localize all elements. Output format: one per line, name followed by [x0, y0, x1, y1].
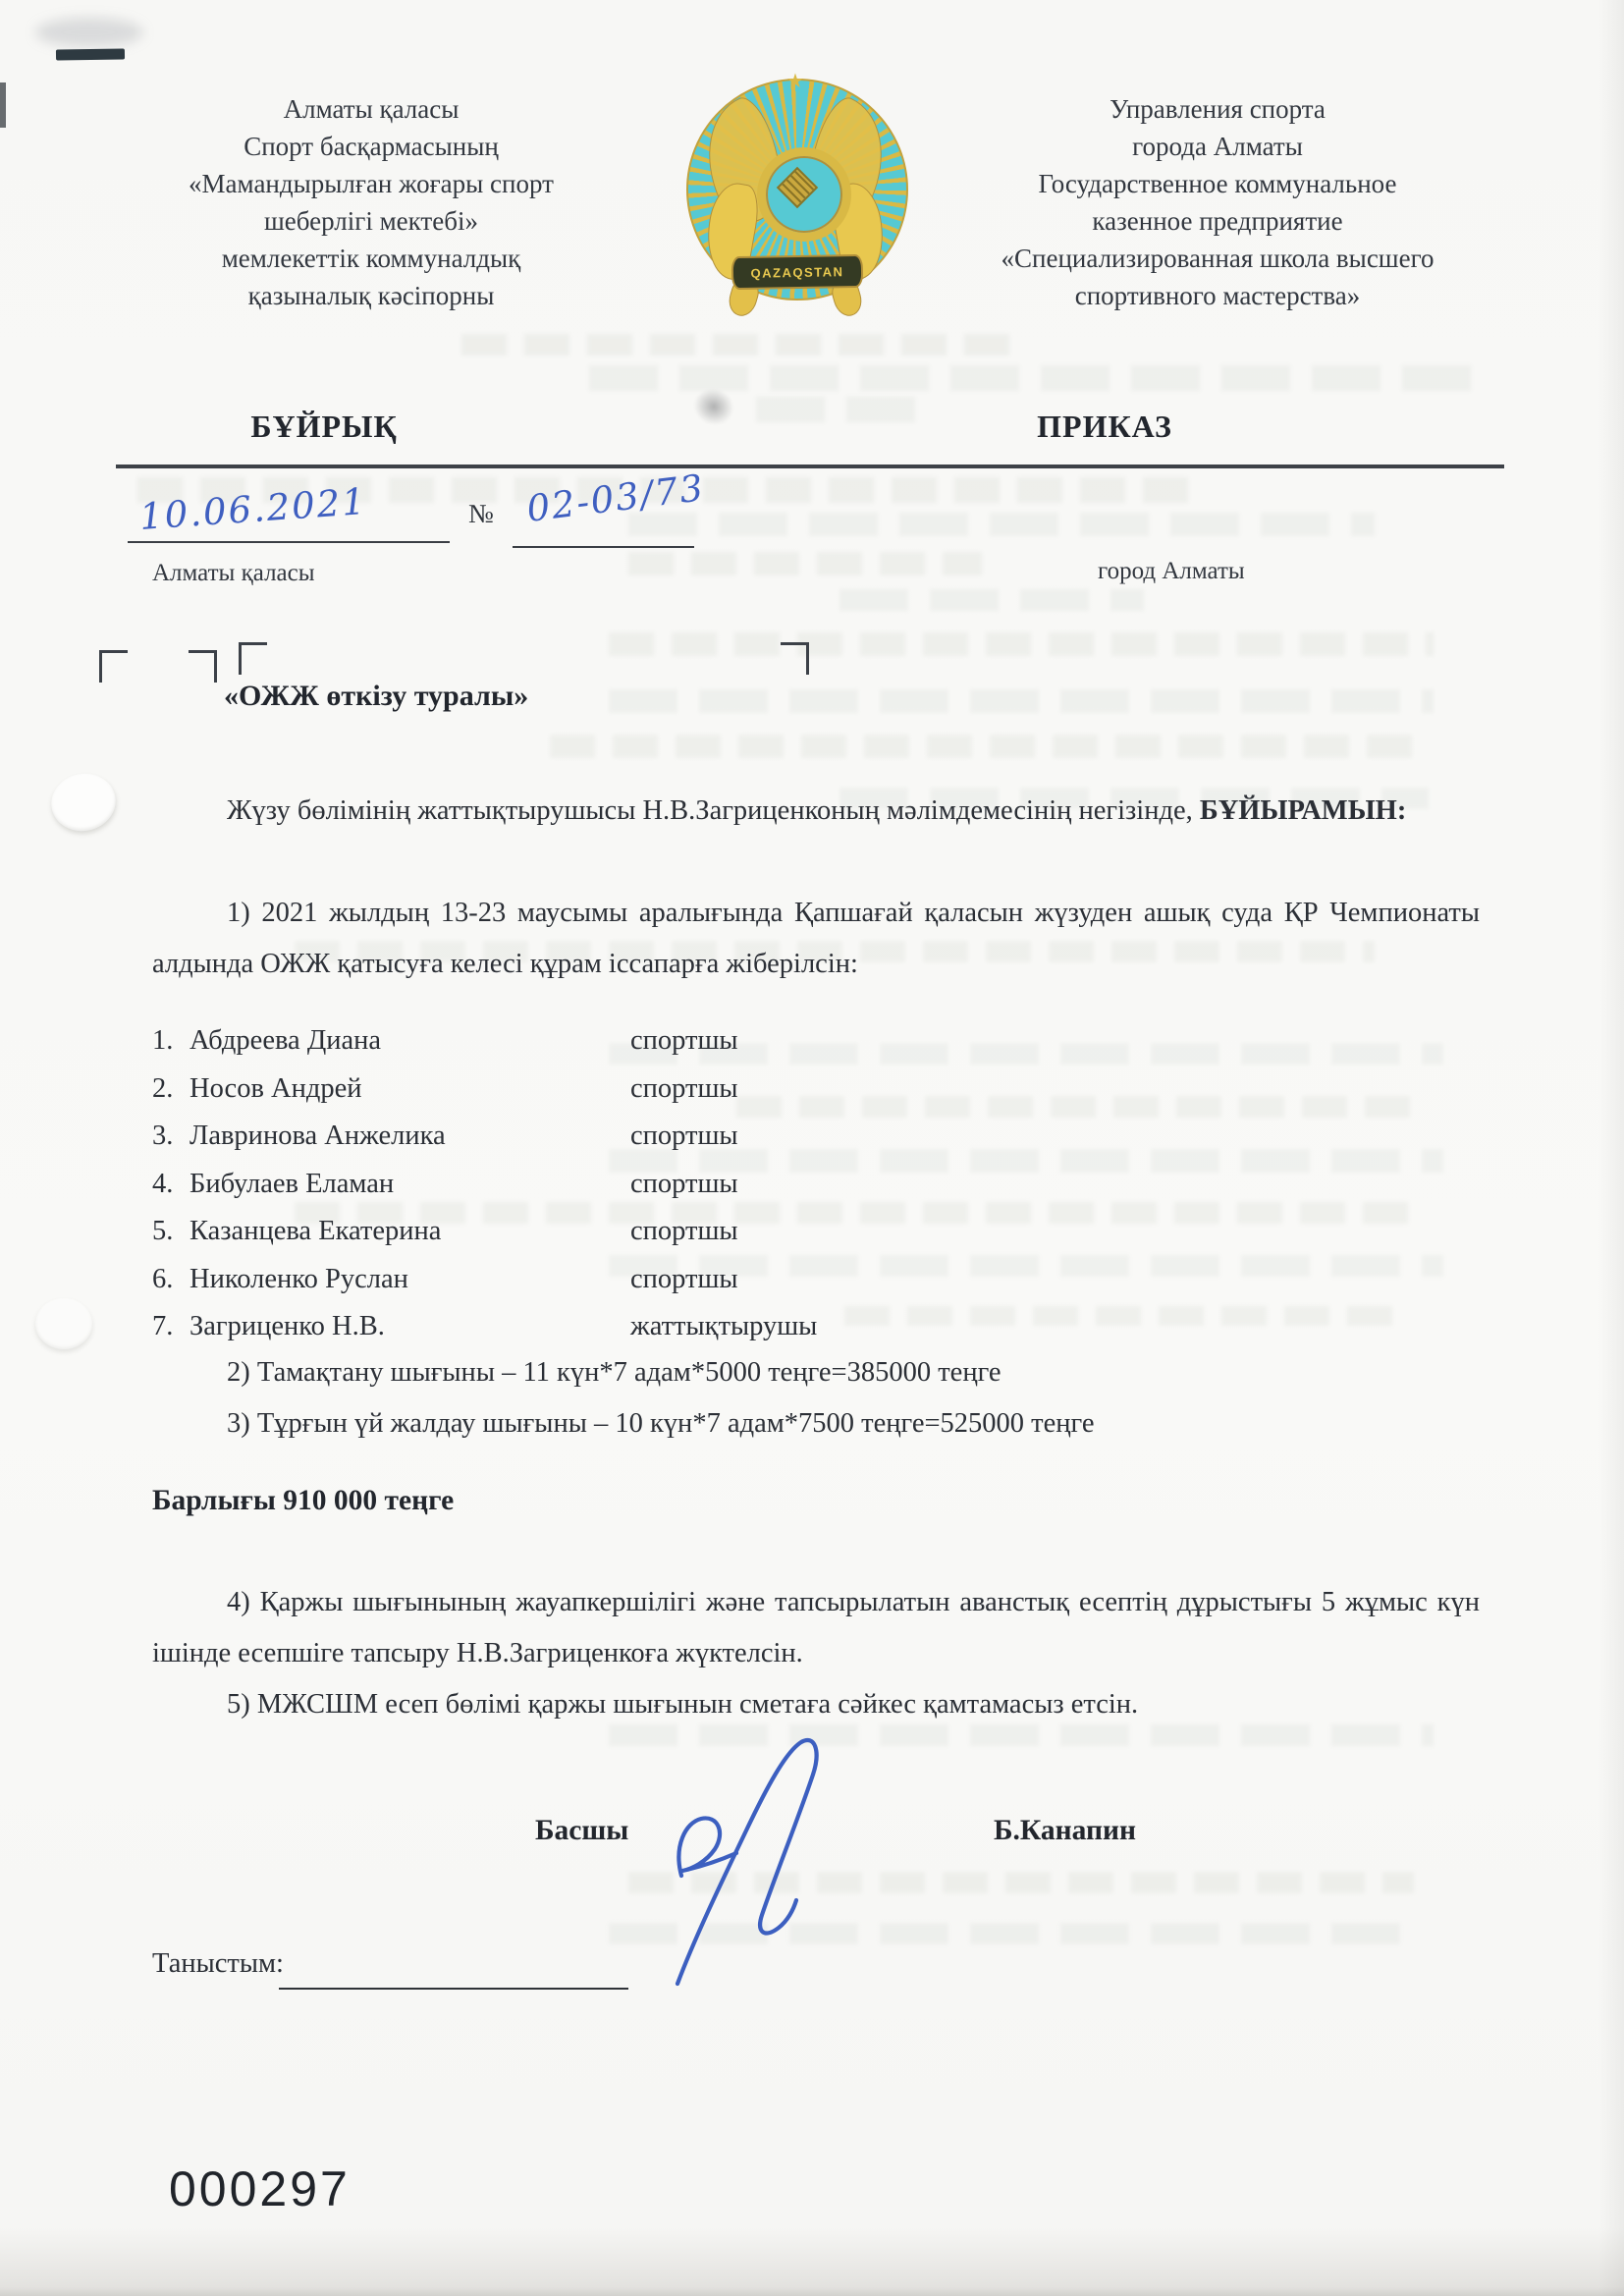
- acknowledged-underline: [279, 1988, 628, 1990]
- order-title-russian: ПРИКАЗ: [913, 409, 1296, 445]
- roster-name: Загриценко Н.В.: [189, 1311, 385, 1342]
- roster-name: Абдреева Диана: [189, 1025, 381, 1057]
- emblem-star-icon: ★: [673, 69, 918, 93]
- handwritten-signature: [617, 1730, 852, 1988]
- roster-row: 5. Казанцева Екатерина спортшы: [152, 1216, 1480, 1264]
- roster-role: спортшы: [630, 1169, 738, 1200]
- roster-role: спортшы: [630, 1025, 738, 1057]
- kazakhstan-emblem: ★ QAZAQSTAN: [673, 73, 918, 318]
- roster-number: 5.: [152, 1216, 173, 1247]
- intro-paragraph: Жүзу бөлімінің жаттықтырушысы Н.В.Загриц…: [152, 786, 1480, 837]
- bleed-through-artifact: [756, 397, 933, 422]
- order-item-1: 1) 2021 жылдың 13-23 маусымы аралығында …: [152, 888, 1480, 990]
- bleed-through-artifact: [461, 334, 1011, 355]
- sheet-number-stamp: 000297: [169, 2160, 351, 2217]
- roster-row: 4. Бибулаев Еламан спортшы: [152, 1169, 1480, 1217]
- letterhead-line: қазыналық кәсіпорны: [118, 277, 624, 314]
- bleed-through-artifact: [609, 689, 1434, 713]
- letterhead-line: мемлекеттік коммуналдық: [118, 240, 624, 277]
- emblem-banner-text: QAZAQSTAN: [750, 264, 843, 281]
- letterhead-line: шеберлігі мектебі»: [118, 202, 624, 240]
- letterhead-russian: Управления спорта города Алматы Государс…: [931, 90, 1504, 314]
- roster-name: Носов Андрей: [189, 1073, 362, 1105]
- letterhead-line: Управления спорта: [931, 90, 1504, 128]
- number-sign: №: [468, 499, 494, 529]
- letterhead-line: города Алматы: [931, 128, 1504, 165]
- roster-list: 1. Абдреева Диана спортшы 2. Носов Андре…: [152, 1025, 1480, 1359]
- letterhead-line: спортивного мастерства»: [931, 277, 1504, 314]
- letterhead-line: Спорт басқармасының: [118, 128, 624, 165]
- city-kazakh: Алматы қаласы: [152, 560, 315, 587]
- hole-punch: [35, 1298, 92, 1349]
- corner-mark: [99, 650, 128, 683]
- bleed-through-artifact: [550, 735, 1414, 758]
- roster-name: Бибулаев Еламан: [189, 1169, 394, 1200]
- order-item-3: 3) Тұрғын үй жалдау шығыны – 10 күн*7 ад…: [152, 1398, 1480, 1449]
- bleed-through-artifact: [628, 513, 1375, 536]
- roster-name: Николенко Руслан: [189, 1264, 408, 1295]
- roster-row: 2. Носов Андрей спортшы: [152, 1073, 1480, 1121]
- signer-name: Б.Канапин: [994, 1815, 1136, 1847]
- order-item-2: 2) Тамақтану шығыны – 11 күн*7 адам*5000…: [152, 1347, 1480, 1398]
- letterhead-line: казенное предприятие: [931, 202, 1504, 240]
- letterhead-line: «Мамандырылған жоғары спорт: [118, 165, 624, 202]
- intro-text: Жүзу бөлімінің жаттықтырушысы Н.В.Загриц…: [227, 795, 1200, 826]
- roster-role: спортшы: [630, 1264, 738, 1295]
- letterhead-line: Государственное коммунальное: [931, 165, 1504, 202]
- binder-mark: [56, 49, 125, 61]
- roster-row: 1. Абдреева Диана спортшы: [152, 1025, 1480, 1073]
- letterhead-line: «Специализированная школа высшего: [931, 240, 1504, 277]
- order-title-kazakh: БҰЙРЫҚ: [118, 409, 530, 445]
- scan-edge-shadow: [1598, 0, 1624, 2296]
- city-russian: город Алматы: [1098, 558, 1245, 585]
- binder-smudge: [35, 18, 143, 47]
- roster-number: 2.: [152, 1073, 173, 1105]
- order-item-5: 5) МЖСШМ есеп бөлімі қаржы шығынын смета…: [152, 1679, 1480, 1730]
- roster-number: 3.: [152, 1121, 173, 1152]
- corner-mark: [781, 642, 809, 675]
- number-underline: [513, 546, 694, 548]
- scanned-order-document: Алматы қаласы Спорт басқармасының «Маман…: [0, 0, 1624, 2296]
- date-underline: [128, 541, 450, 543]
- roster-number: 6.: [152, 1264, 173, 1295]
- letterhead-line: Алматы қаласы: [118, 90, 624, 128]
- corner-mark: [189, 650, 217, 683]
- order-item-4: 4) Қаржы шығынының жауапкершілігі және т…: [152, 1577, 1480, 1679]
- roster-role: жаттықтырушы: [630, 1311, 817, 1342]
- roster-name: Лавринова Анжелика: [189, 1121, 446, 1152]
- roster-number: 1.: [152, 1025, 173, 1057]
- corner-mark: [239, 642, 267, 675]
- signer-title: Басшы: [535, 1815, 628, 1847]
- roster-number: 7.: [152, 1311, 173, 1342]
- emblem-banner: QAZAQSTAN: [731, 254, 864, 290]
- roster-role: спортшы: [630, 1216, 738, 1247]
- roster-role: спортшы: [630, 1073, 738, 1105]
- letterhead-kazakh: Алматы қаласы Спорт басқармасының «Маман…: [118, 90, 624, 314]
- bleed-through-artifact: [609, 632, 1434, 656]
- roster-role: спортшы: [630, 1121, 738, 1152]
- intro-bold: БҰЙЫРАМЫН:: [1200, 795, 1406, 826]
- acknowledged-label: Таныстым:: [152, 1948, 284, 1980]
- order-subject: «ОЖЖ өткізу туралы»: [224, 680, 528, 713]
- header-rule: [116, 465, 1504, 468]
- total-amount: Барлығы 910 000 теңге: [152, 1485, 454, 1517]
- roster-row: 3. Лавринова Анжелика спортшы: [152, 1121, 1480, 1169]
- scan-edge-notch: [0, 82, 6, 128]
- bleed-through-artifact: [589, 365, 1473, 391]
- roster-number: 4.: [152, 1169, 173, 1200]
- roster-row: 6. Николенко Руслан спортшы: [152, 1264, 1480, 1312]
- hole-punch: [46, 768, 122, 837]
- bleed-through-artifact: [628, 552, 982, 575]
- roster-name: Казанцева Екатерина: [189, 1216, 441, 1247]
- bleed-through-artifact: [839, 589, 1144, 611]
